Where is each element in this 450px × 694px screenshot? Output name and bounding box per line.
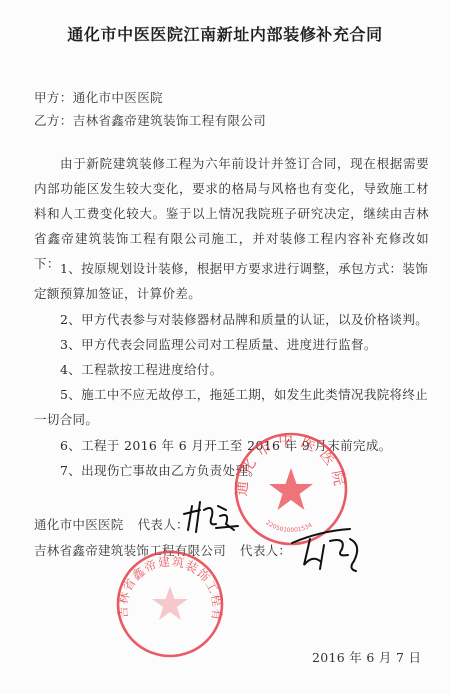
handwritten-signature-b-icon bbox=[290, 525, 370, 575]
clause-4: 4、工程款按工程进度给付。 bbox=[34, 357, 429, 382]
company-seal-stamp-icon: 吉林省鑫帝建筑装饰工程有限公司 bbox=[114, 548, 226, 660]
document-title: 通化市中医医院江南新址内部装修补充合同 bbox=[0, 22, 450, 45]
clause-1: 1、按原规划设计装修，根据甲方要求进行调整，承包方式：装饰定额预算加签证，计算价… bbox=[34, 256, 429, 306]
clause-3: 3、甲方代表会同监理公司对工程质量、进度进行监督。 bbox=[34, 332, 429, 357]
party-b-label: 乙方： bbox=[34, 113, 73, 128]
party-b: 乙方：吉林省鑫帝建筑装饰工程有限公司 bbox=[34, 111, 266, 129]
clause-5: 5、施工中不应无故停工，拖延工期，如发生此类情况我院将终止一切合同。 bbox=[34, 382, 429, 432]
party-b-name: 吉林省鑫帝建筑装饰工程有限公司 bbox=[73, 113, 267, 128]
handwritten-signature-a-icon bbox=[108, 496, 248, 538]
signing-date: 2016 年 6 月 7 日 bbox=[312, 648, 421, 666]
party-a-label: 甲方： bbox=[34, 90, 73, 105]
party-a: 甲方：通化市中医医院 bbox=[34, 88, 163, 106]
clause-2: 2、甲方代表参与对装修器材品牌和质量的认证，以及价格谈判。 bbox=[34, 307, 429, 332]
contract-page: 通化市中医医院江南新址内部装修补充合同 甲方：通化市中医医院 乙方：吉林省鑫帝建… bbox=[0, 0, 450, 694]
party-a-name: 通化市中医医院 bbox=[73, 90, 163, 105]
